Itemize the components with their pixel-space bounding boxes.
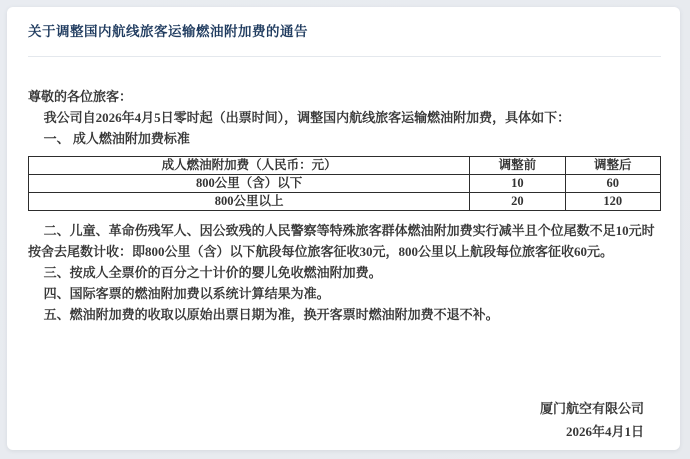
table-header-after: 调整后 — [565, 157, 660, 175]
title-divider — [28, 56, 661, 57]
table-header-row: 成人燃油附加费（人民币：元） 调整前 调整后 — [29, 157, 661, 175]
table-header-before: 调整前 — [470, 157, 565, 175]
table-row: 800公里（含）以下 10 60 — [29, 175, 661, 193]
item-5-paragraph: 五、燃油附加费的收取以原始出票日期为准，换开客票时燃油附加费不退不补。 — [28, 304, 661, 325]
signature-date: 2026年4月1日 — [28, 420, 644, 443]
item-3-paragraph: 三、按成人全票价的百分之十计价的婴儿免收燃油附加费。 — [28, 262, 661, 283]
table-cell-distance: 800公里（含）以下 — [29, 175, 470, 193]
table-row: 800公里以上 20 120 — [29, 193, 661, 211]
section-1-heading: 一、 成人燃油附加费标准 — [28, 128, 661, 149]
table-header-category: 成人燃油附加费（人民币：元） — [29, 157, 470, 175]
signature-company: 厦门航空有限公司 — [28, 397, 644, 420]
table-cell-before-value: 20 — [470, 193, 565, 211]
table-cell-distance: 800公里以上 — [29, 193, 470, 211]
notice-body: 尊敬的各位旅客： 我公司自2026年4月5日零时起（出票时间），调整国内航线旅客… — [28, 86, 661, 325]
item-2-paragraph: 二、儿童、革命伤残军人、因公致残的人民警察等特殊旅客群体燃油附加费实行减半且个位… — [28, 220, 661, 262]
notice-page: 关于调整国内航线旅客运输燃油附加费的通告 尊敬的各位旅客： 我公司自2026年4… — [0, 0, 690, 459]
item-4-paragraph: 四、国际客票的燃油附加费以系统计算结果为准。 — [28, 283, 661, 304]
salutation: 尊敬的各位旅客： — [28, 86, 661, 107]
page-title: 关于调整国内航线旅客运输燃油附加费的通告 — [28, 24, 661, 40]
notice-card: 关于调整国内航线旅客运输燃油附加费的通告 尊敬的各位旅客： 我公司自2026年4… — [7, 7, 680, 450]
signature-block: 厦门航空有限公司 2026年4月1日 — [28, 397, 661, 443]
table-cell-before-value: 10 — [470, 175, 565, 193]
intro-paragraph: 我公司自2026年4月5日零时起（出票时间），调整国内航线旅客运输燃油附加费，具… — [28, 107, 661, 128]
table-cell-after-value: 120 — [565, 193, 660, 211]
table-cell-after-value: 60 — [565, 175, 660, 193]
surcharge-table: 成人燃油附加费（人民币：元） 调整前 调整后 800公里（含）以下 10 60 … — [28, 156, 661, 211]
